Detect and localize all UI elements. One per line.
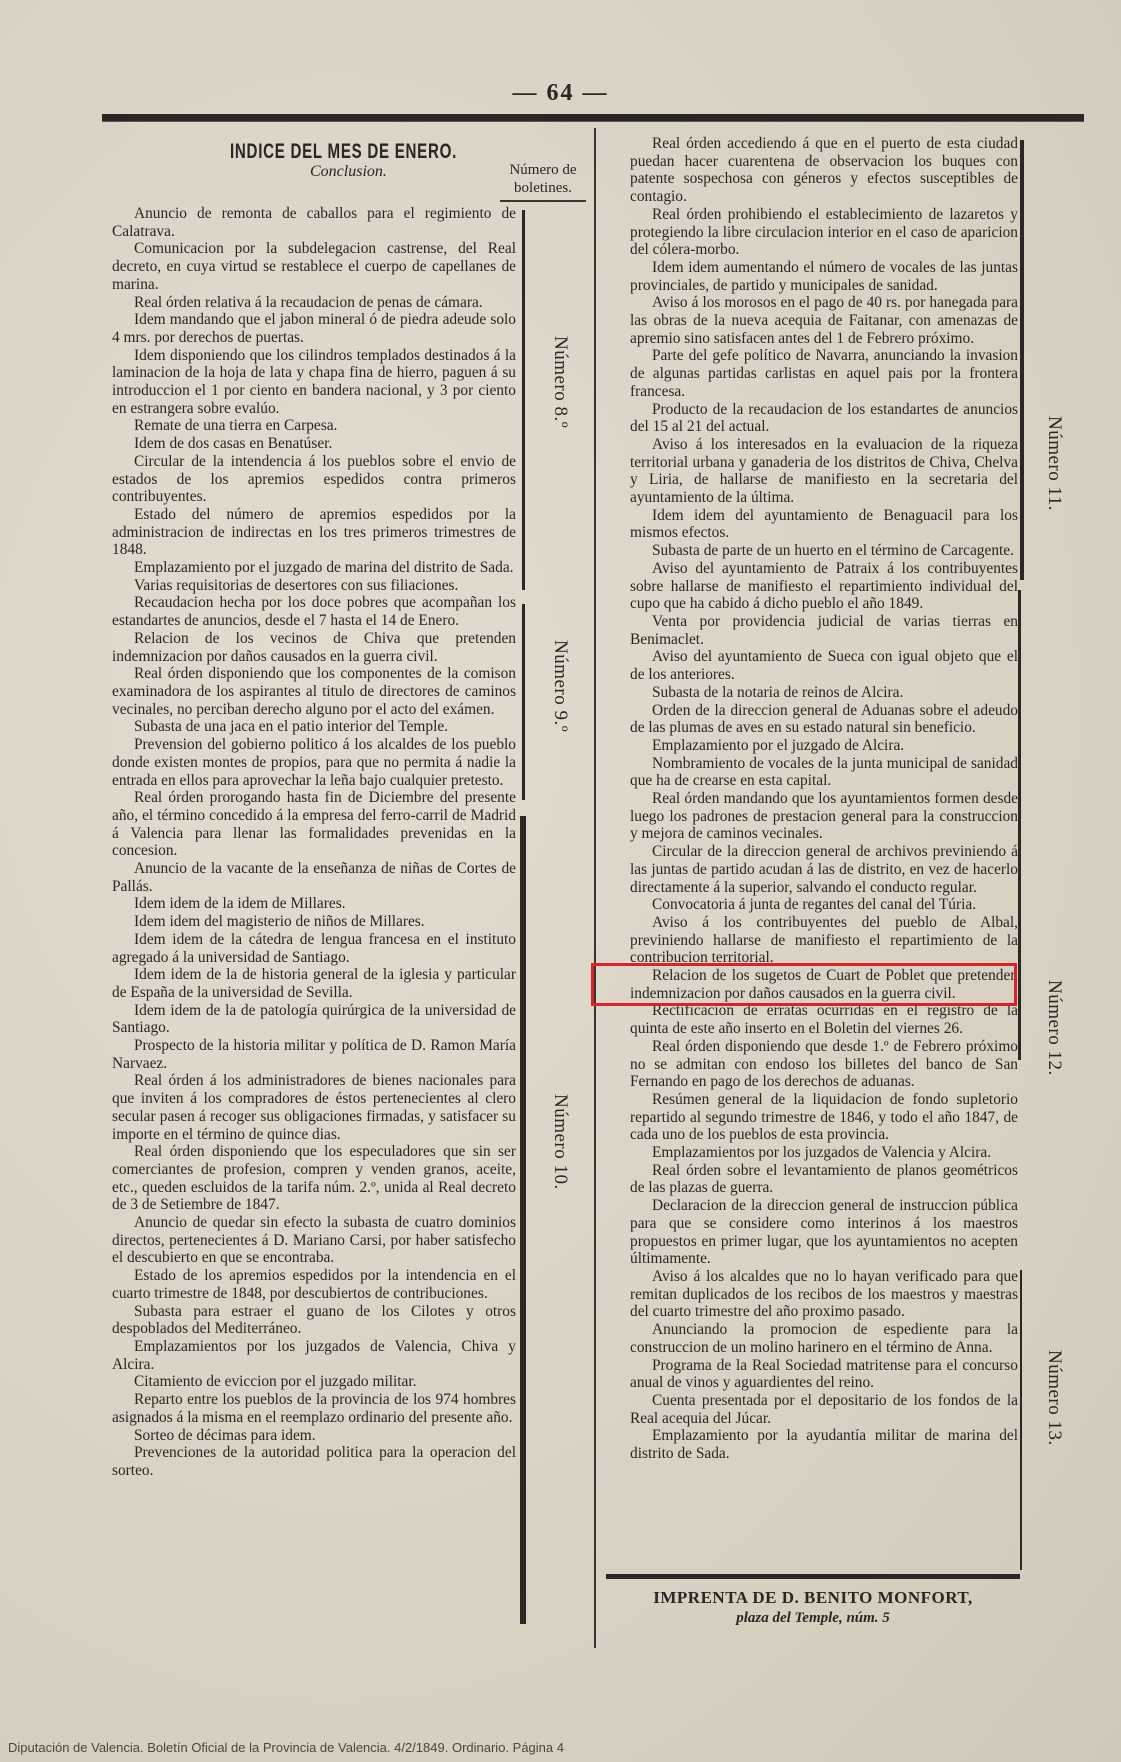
index-entry: Real órden relativa á la recaudacion de … [112, 294, 516, 312]
archive-caption: Diputación de Valencia. Boletín Oficial … [8, 1740, 564, 1755]
index-entry: Idem idem del magisterio de niños de Mil… [112, 913, 516, 931]
index-entry: Emplazamientos por los juzgados de Valen… [630, 1144, 1018, 1162]
index-entry: Relacion de los vecinos de Chiva que pre… [112, 630, 516, 665]
index-entry: Anuncio de la vacante de la enseñanza de… [112, 860, 516, 895]
bracket-line-13 [1020, 1270, 1022, 1570]
index-entry: Real órden sobre el levantamiento de pla… [630, 1162, 1018, 1197]
index-entry: Real órden prorogando hasta fin de Dicie… [112, 789, 516, 860]
index-entry: Parte del gefe político de Navarra, anun… [630, 347, 1018, 400]
bracket-line-11 [1020, 140, 1024, 580]
bulletin-label-9: Número 9.º [549, 640, 571, 732]
right-column-entries: Real órden accediendo á que en el puerto… [630, 135, 1018, 1463]
index-entry: Reparto entre los pueblos de la provinci… [112, 1391, 516, 1426]
index-entry: Declaracion de la direccion general de i… [630, 1197, 1018, 1268]
index-entry: Orden de la direccion general de Aduanas… [630, 702, 1018, 737]
index-entry: Anunciando la promocion de espediente pa… [630, 1321, 1018, 1356]
footer-rule [606, 1574, 1020, 1579]
index-entry: Idem idem aumentando el número de vocale… [630, 259, 1018, 294]
highlight-box [591, 963, 1017, 1006]
index-entry: Comunicacion por la subdelegacion castre… [112, 240, 516, 293]
bracket-line-12 [1018, 590, 1021, 1060]
index-entry: Prevenciones de la autoridad politica pa… [112, 1444, 516, 1479]
index-entry: Aviso á los contribuyentes del pueblo de… [630, 914, 1018, 967]
index-entry: Idem idem de la idem de Millares. [112, 895, 516, 913]
index-entry: Programa de la Real Sociedad matritense … [630, 1357, 1018, 1392]
index-entry: Prevension del gobierno politico á los a… [112, 736, 516, 789]
bulletin-label-8: Número 8.º [549, 336, 571, 428]
left-column-entries: Anuncio de remonta de caballos para el r… [112, 205, 516, 1480]
bracket-line-10 [520, 816, 526, 1624]
index-entry: Subasta para estraer el guano de los Cil… [112, 1303, 516, 1338]
bulletin-label-11: Número 11. [1043, 416, 1065, 511]
index-entry: Emplazamiento por la ayudantía militar d… [630, 1427, 1018, 1462]
index-entry: Anuncio de remonta de caballos para el r… [112, 205, 516, 240]
bracket-line-9 [522, 604, 525, 800]
index-entry: Aviso á los morosos en el pago de 40 rs.… [630, 294, 1018, 347]
imprint-name: IMPRENTA DE D. BENITO MONFORT, [606, 1588, 1020, 1608]
bulletin-label-10: Número 10. [549, 1094, 571, 1190]
index-entry: Anuncio de quedar sin efecto la subasta … [112, 1214, 516, 1267]
index-entry: Real órden accediendo á que en el puerto… [630, 135, 1018, 206]
index-entry: Real órden disponiendo que los especulad… [112, 1143, 516, 1214]
index-entry: Resúmen general de la liquidacion de fon… [630, 1091, 1018, 1144]
index-entry: Estado del número de apremios espedidos … [112, 506, 516, 559]
index-entry: Circular de la direccion general de arch… [630, 843, 1018, 896]
index-entry: Citamiento de eviccion por el juzgado mi… [112, 1373, 516, 1391]
index-entry: Cuenta presentada por el depositario de … [630, 1392, 1018, 1427]
index-entry: Recaudacion hecha por los doce pobres qu… [112, 594, 516, 629]
index-entry: Aviso del ayuntamiento de Patraix á los … [630, 560, 1018, 613]
index-entry: Aviso á los alcaldes que no lo hayan ver… [630, 1268, 1018, 1321]
index-entry: Idem idem del ayuntamiento de Benaguacil… [630, 507, 1018, 542]
page-number: — 64 — [0, 80, 1121, 107]
index-entry: Aviso del ayuntamiento de Sueca con igua… [630, 648, 1018, 683]
index-entry: Emplazamiento por el juzgado de Alcira. [630, 737, 1018, 755]
bulletin-label-12: Número 12. [1043, 980, 1065, 1076]
index-entry: Varias requisitorias de desertores con s… [112, 577, 516, 595]
index-entry: Sorteo de décimas para idem. [112, 1427, 516, 1445]
index-entry: Estado de los apremios espedidos por la … [112, 1267, 516, 1302]
index-entry: Venta por providencia judicial de varias… [630, 613, 1018, 648]
index-entry: Circular de la intendencia á los pueblos… [112, 453, 516, 506]
index-entry: Real órden mandando que los ayuntamiento… [630, 790, 1018, 843]
column-divider [594, 128, 596, 1648]
index-entry: Nombramiento de vocales de la junta muni… [630, 755, 1018, 790]
index-entry: Idem idem de la de historia general de l… [112, 966, 516, 1001]
bracket-line-8 [522, 210, 525, 590]
index-entry: Real órden disponiendo que desde 1.º de … [630, 1038, 1018, 1091]
index-entry: Rectificacion de erratas ocurridas en el… [630, 1002, 1018, 1037]
index-entry: Aviso á los interesados en la evaluacion… [630, 436, 1018, 507]
index-entry: Subasta de la notaria de reinos de Alcir… [630, 684, 1018, 702]
index-entry: Emplazamientos por los juzgados de Valen… [112, 1338, 516, 1373]
index-entry: Real órden disponiendo que los component… [112, 665, 516, 718]
index-entry: Prospecto de la historia militar y polít… [112, 1037, 516, 1072]
index-entry: Remate de una tierra en Carpesa. [112, 417, 516, 435]
imprint-address: plaza del Temple, núm. 5 [606, 1610, 1020, 1627]
index-entry: Real órden prohibiendo el establecimient… [630, 206, 1018, 259]
index-entry: Idem idem de la de patología quirúrgica … [112, 1002, 516, 1037]
index-entry: Real órden á los administradores de bien… [112, 1072, 516, 1143]
index-entry: Convocatoria á junta de regantes del can… [630, 896, 1018, 914]
index-entry: Subasta de una jaca en el patio interior… [112, 718, 516, 736]
index-subtitle: Conclusion. [310, 163, 387, 181]
top-rule [102, 114, 1084, 122]
index-entry: Emplazamiento por el juzgado de marina d… [112, 559, 516, 577]
index-entry: Idem mandando que el jabon mineral ó de … [112, 311, 516, 346]
index-entry: Idem idem de la cátedra de lengua france… [112, 931, 516, 966]
bulletin-number-header: Número de boletines. [500, 161, 586, 202]
index-entry: Idem disponiendo que los cilindros templ… [112, 347, 516, 418]
index-entry: Subasta de parte de un huerto en el térm… [630, 542, 1018, 560]
bulletin-label-13: Número 13. [1043, 1350, 1065, 1446]
index-title: INDICE DEL MES DE ENERO. [230, 140, 403, 164]
index-entry: Idem de dos casas en Benatúser. [112, 435, 516, 453]
index-entry: Producto de la recaudacion de los estand… [630, 401, 1018, 436]
